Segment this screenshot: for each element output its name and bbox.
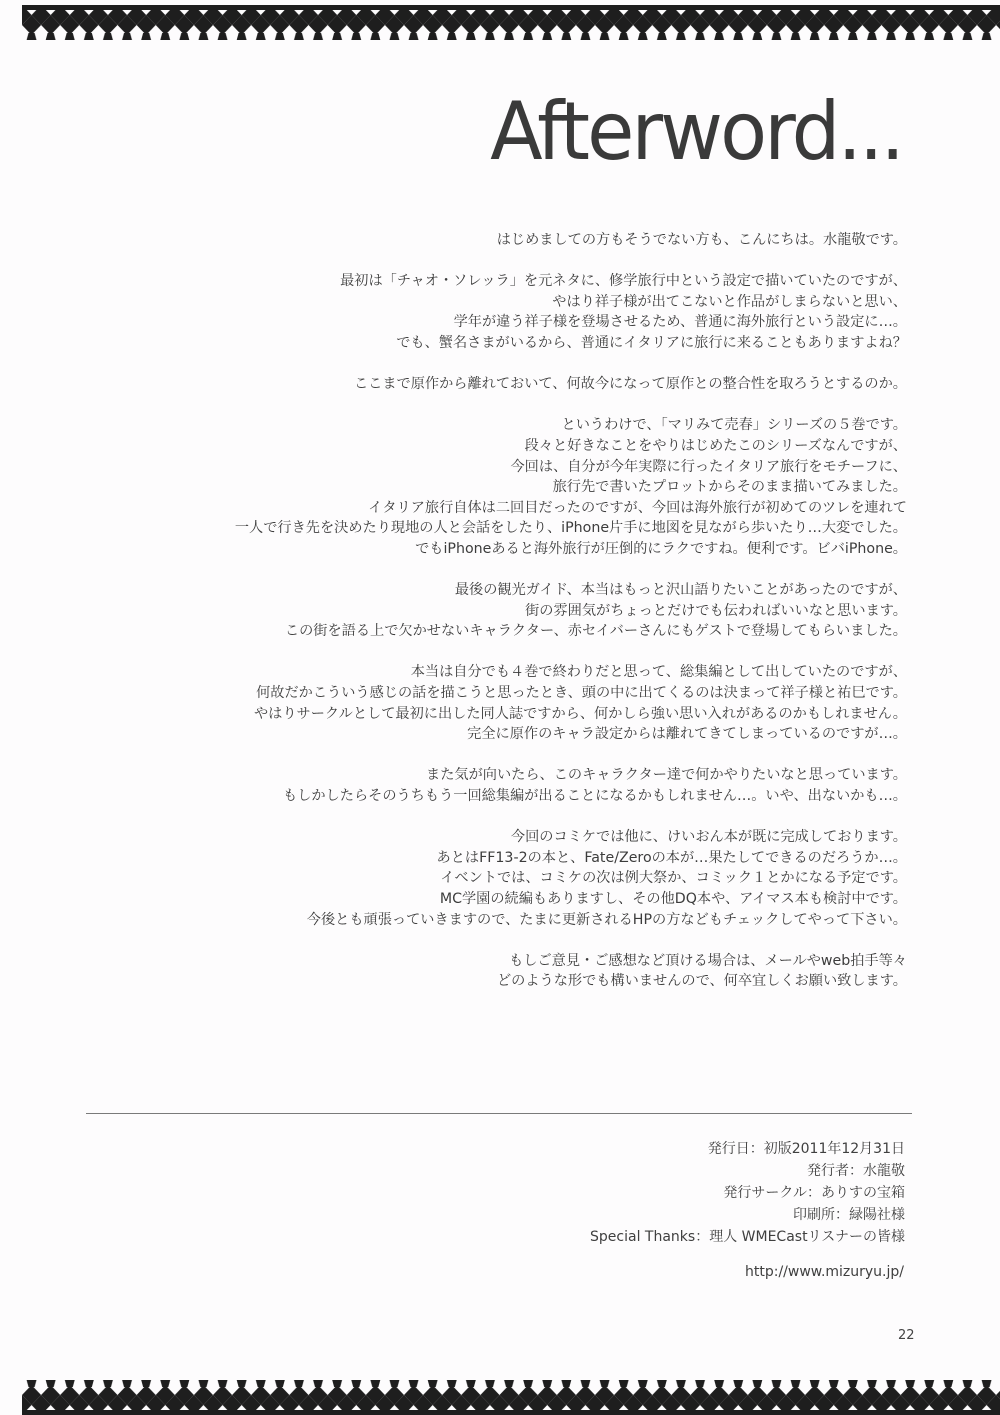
diamond-pattern-icon — [22, 5, 1000, 41]
divider-rule — [86, 1113, 912, 1114]
text-line: 何故だかこういう感じの話を描こうと思ったとき、頭の中に出てくるのは決まって祥子様… — [107, 683, 907, 704]
paragraph-guide: 最後の観光ガイド、本当はもっと沢山語りたいことがあったのですが、 街の雰囲気がち… — [107, 580, 907, 642]
text-line: この街を語る上で欠かせないキャラクター、赤セイバーさんにもゲストで登場してもらい… — [107, 621, 907, 642]
paragraph-greeting: はじめましての方もそうでない方も、こんにちは。水龍敬です。 — [107, 230, 907, 251]
text-line: でも、蟹名さまがいるから、普通にイタリアに旅行に来ることもありますよね？ — [107, 333, 907, 354]
page-title: Afterword... — [490, 92, 902, 172]
special-thanks: Special Thanks：理人 WMECastリスナーの皆様 — [590, 1226, 905, 1248]
text-line: どのような形でも構いませんので、何卒宜しくお願い致します。 — [107, 971, 907, 992]
text-line: というわけで、「マリみて売春」シリーズの５巻です。 — [107, 415, 907, 436]
printer: 印刷所：緑陽社様 — [590, 1204, 905, 1226]
paragraph-series: というわけで、「マリみて売春」シリーズの５巻です。 段々と好きなことをやりはじめ… — [107, 415, 907, 559]
paragraph-feedback: もしご意見・ご感想など頂ける場合は、メールやweb拍手等々 どのような形でも構い… — [107, 951, 907, 992]
text-line: 今回のコミケでは他に、けいおん本が既に完成しております。 — [107, 827, 907, 848]
text-line: はじめましての方もそうでない方も、こんにちは。水龍敬です。 — [107, 230, 907, 251]
website-url: http://www.mizuryu.jp/ — [745, 1264, 904, 1280]
bottom-diamond-border — [22, 1380, 1000, 1415]
text-line: 最初は「チャオ・ソレッラ」を元ネタに、修学旅行中という設定で描いていたのですが、 — [107, 271, 907, 292]
text-line: 一人で行き先を決めたり現地の人と会話をしたり、iPhone片手に地図を見ながら歩… — [107, 518, 907, 539]
text-line: 今後とも頑張っていきますので、たまに更新されるHPの方などもチェックしてやって下… — [107, 910, 907, 931]
text-line: 本当は自分でも４巻で終わりだと思って、総集編として出していたのですが、 — [107, 662, 907, 683]
afterword-body: はじめましての方もそうでない方も、こんにちは。水龍敬です。 最初は「チャオ・ソレ… — [107, 230, 907, 1013]
text-line: イベントでは、コミケの次は例大祭か、コミック１とかになる予定です。 — [107, 868, 907, 889]
paragraph-aside: ここまで原作から離れておいて、何故今になって原作との整合性を取ろうとするのか。 — [107, 374, 907, 395]
text-line: でもiPhoneあると海外旅行が圧倒的にラクですね。便利です。ビバiPhone。 — [107, 539, 907, 560]
colophon: 発行日：初版2011年12月31日 発行者：水龍敬 発行サークル：ありすの宝箱 … — [590, 1138, 905, 1248]
text-line: 学年が違う祥子様を登場させるため、普通に海外旅行という設定に…。 — [107, 312, 907, 333]
paragraph-characters: 本当は自分でも４巻で終わりだと思って、総集編として出していたのですが、 何故だか… — [107, 662, 907, 744]
text-line: 街の雰囲気がちょっとだけでも伝わればいいなと思います。 — [107, 601, 907, 622]
text-line: 今回は、自分が今年実際に行ったイタリア旅行をモチーフに、 — [107, 457, 907, 478]
publish-date: 発行日：初版2011年12月31日 — [590, 1138, 905, 1160]
text-line: もしかしたらそのうちもう一回総集編が出ることになるかもしれません…。いや、出ない… — [107, 786, 907, 807]
diamond-pattern-icon — [22, 1380, 1000, 1415]
text-line: イタリア旅行自体は二回目だったのですが、今回は海外旅行が初めてのツレを連れて — [107, 498, 907, 519]
text-line: 旅行先で書いたプロットからそのまま描いてみました。 — [107, 477, 907, 498]
text-line: ここまで原作から離れておいて、何故今になって原作との整合性を取ろうとするのか。 — [107, 374, 907, 395]
top-diamond-border — [22, 5, 1000, 41]
text-line: やはり祥子様が出てこないと作品がしまらないと思い、 — [107, 292, 907, 313]
text-line: また気が向いたら、このキャラクター達で何かやりたいなと思っています。 — [107, 765, 907, 786]
circle-name: 発行サークル：ありすの宝箱 — [590, 1182, 905, 1204]
text-line: MC学園の続編もありますし、その他DQ本や、アイマス本も検討中です。 — [107, 889, 907, 910]
text-line: もしご意見・ご感想など頂ける場合は、メールやweb拍手等々 — [107, 951, 907, 972]
text-line: あとはFF13-2の本と、Fate/Zeroの本が…果たしてできるのだろうか…。 — [107, 848, 907, 869]
text-line: 最後の観光ガイド、本当はもっと沢山語りたいことがあったのですが、 — [107, 580, 907, 601]
paragraph-setting: 最初は「チャオ・ソレッラ」を元ネタに、修学旅行中という設定で描いていたのですが、… — [107, 271, 907, 353]
paragraph-future: また気が向いたら、このキャラクター達で何かやりたいなと思っています。 もしかした… — [107, 765, 907, 806]
text-line: 完全に原作のキャラ設定からは離れてきてしまっているのですが…。 — [107, 724, 907, 745]
paragraph-plans: 今回のコミケでは他に、けいおん本が既に完成しております。 あとはFF13-2の本… — [107, 827, 907, 930]
text-line: 段々と好きなことをやりはじめたこのシリーズなんですが、 — [107, 436, 907, 457]
publisher: 発行者：水龍敬 — [590, 1160, 905, 1182]
text-line: やはりサークルとして最初に出した同人誌ですから、何かしら強い思い入れがあるのかも… — [107, 704, 907, 725]
page-number: 22 — [898, 1328, 915, 1343]
